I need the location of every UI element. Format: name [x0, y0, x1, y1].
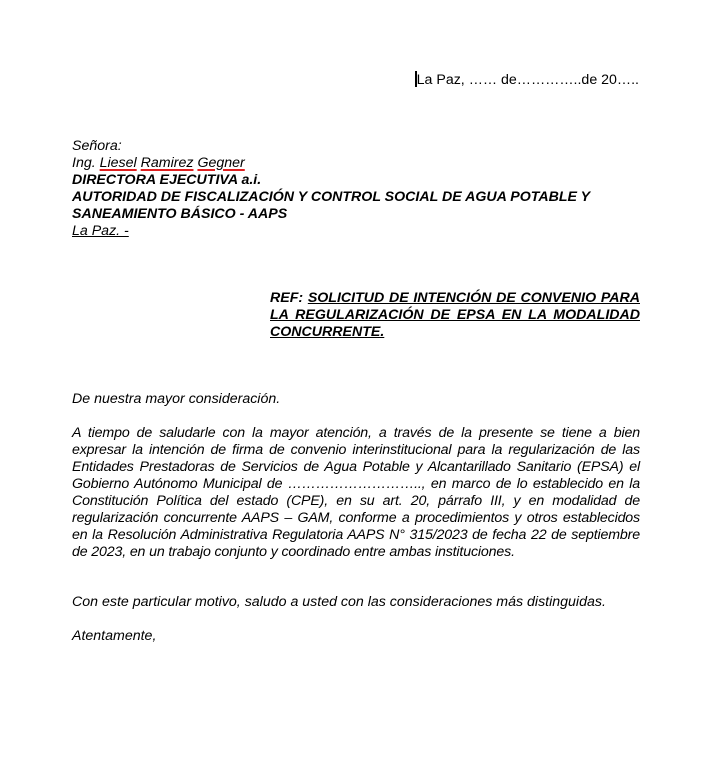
title-prefix: Ing.	[72, 155, 96, 171]
reference-text: SOLICITUD DE INTENCIÓN DE CONVENIO PARA …	[270, 290, 640, 340]
document-page[interactable]: La Paz, …… de…………..de 20….. Señora: Ing.…	[0, 0, 705, 769]
closing-paragraph: Con este particular motivo, saludo a ust…	[72, 594, 640, 611]
addressee-city: La Paz. -	[72, 223, 642, 240]
name-word-spellcheck[interactable]: Liesel	[100, 155, 137, 171]
name-word-spellcheck[interactable]: Gegner	[197, 155, 244, 171]
greeting: De nuestra mayor consideración.	[72, 391, 640, 408]
addressee-name-line: Ing. Liesel Ramirez Gegner	[72, 155, 642, 172]
date-text: La Paz, …… de…………..de 20…..	[417, 72, 639, 88]
institution-line-2: SANEAMIENTO BÁSICO - AAPS	[72, 206, 642, 223]
addressee-position: DIRECTORA EJECUTIVA a.i.	[72, 172, 642, 189]
reference-block: REF: SOLICITUD DE INTENCIÓN DE CONVENIO …	[270, 290, 640, 341]
date-line[interactable]: La Paz, …… de…………..de 20…..	[415, 71, 639, 89]
institution-line-1: AUTORIDAD DE FISCALIZACIÓN Y CONTROL SOC…	[72, 189, 642, 206]
signoff: Atentamente,	[72, 628, 640, 645]
salutation: Señora:	[72, 138, 642, 155]
name-word-spellcheck[interactable]: Ramirez	[141, 155, 194, 171]
reference-label: REF:	[270, 290, 303, 306]
main-paragraph: A tiempo de saludarle con la mayor atenc…	[72, 425, 640, 561]
addressee-block: Señora: Ing. Liesel Ramirez Gegner DIREC…	[72, 138, 642, 240]
